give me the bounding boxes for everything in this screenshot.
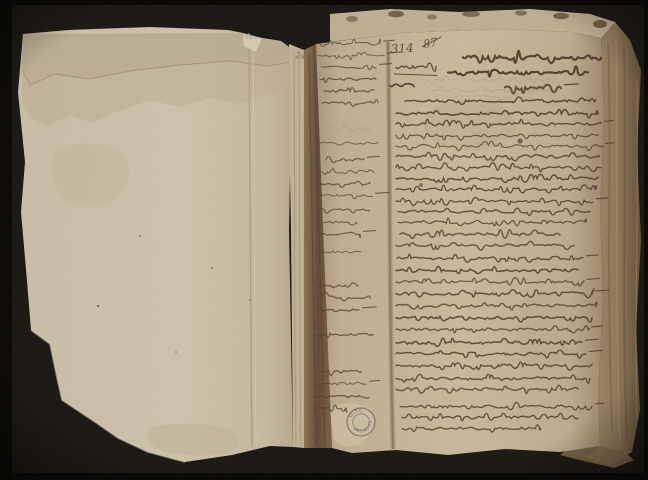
vignette-overlay <box>0 0 648 480</box>
book-scan-canvas: 24 314 87 OISE ARCHIVES <box>0 0 648 480</box>
manuscript-scan: 24 314 87 OISE ARCHIVES <box>0 0 648 480</box>
